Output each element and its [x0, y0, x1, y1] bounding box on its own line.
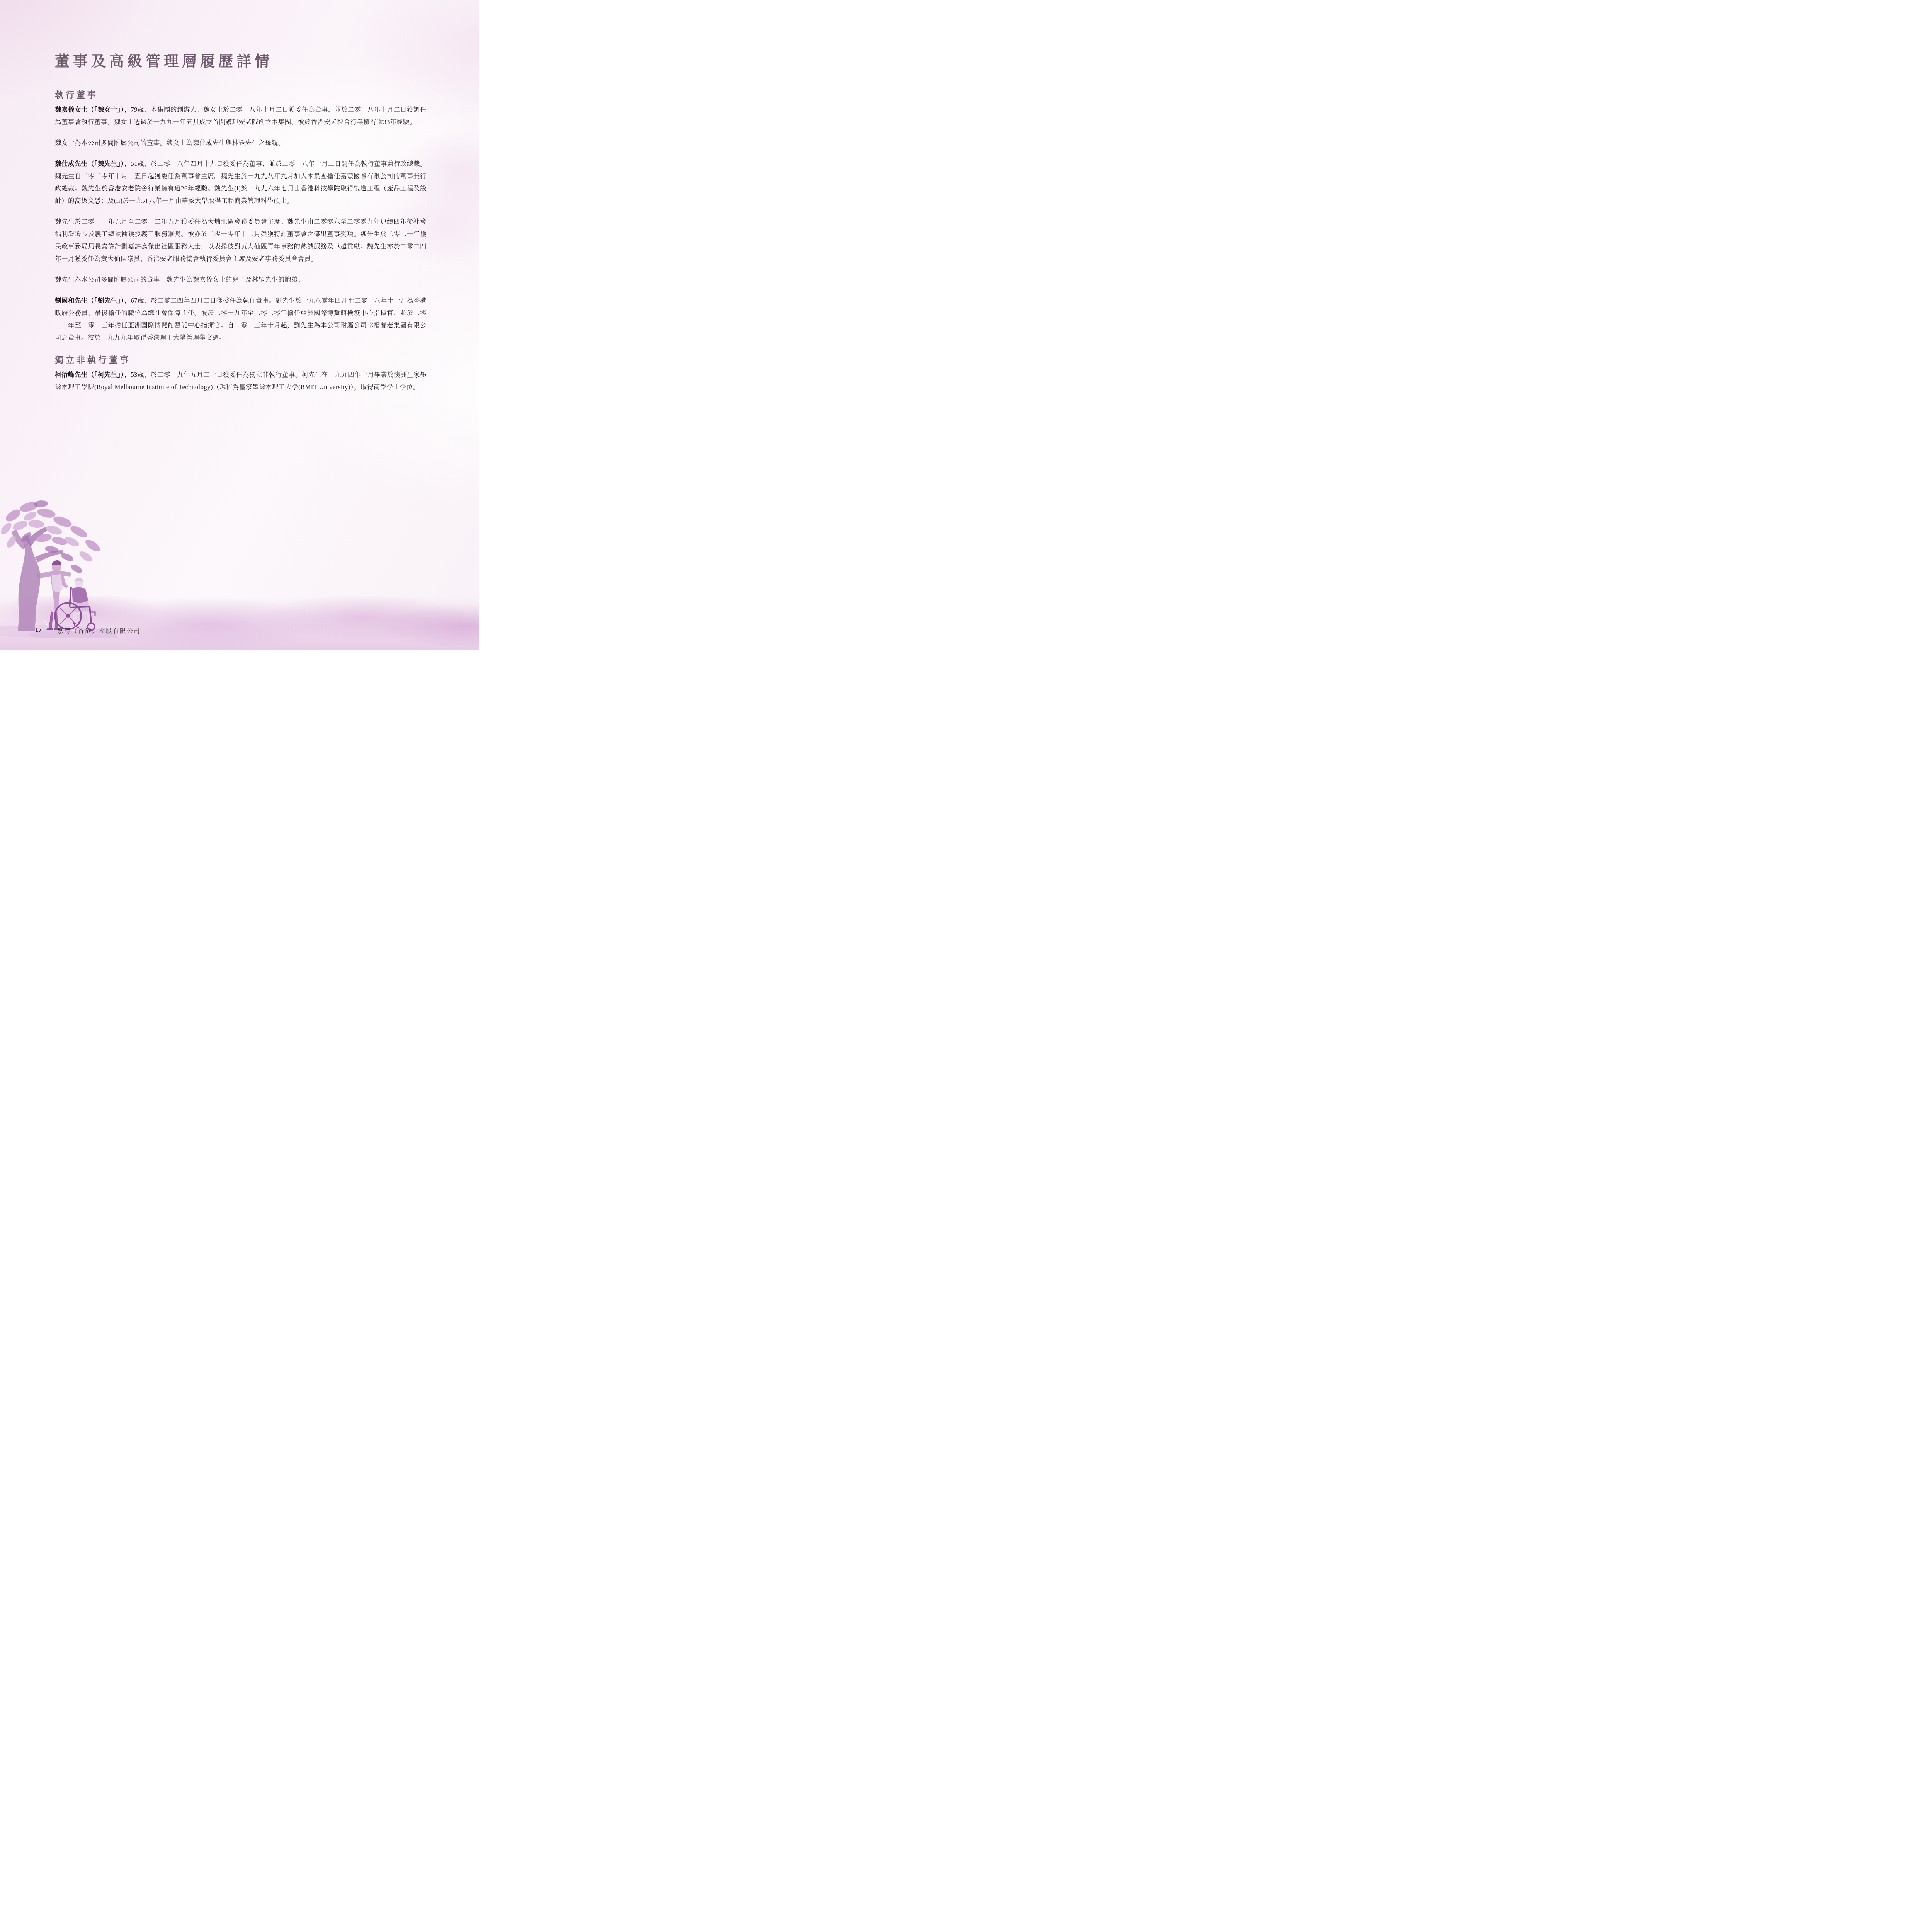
- company-name: 嘉濤（香港）控股有限公司: [57, 626, 141, 635]
- person-name: 魏仕成先生（「魏先生」）: [55, 160, 124, 167]
- bio-paragraph: 魏仕成先生（「魏先生」），51歲，於二零一八年四月十九日獲委任為董事，並於二零一…: [55, 158, 427, 207]
- bio-paragraph: 柯衍峰先生（「柯先生」），53歲，於二零一九年五月二十日獲委任為獨立非執行董事。…: [55, 369, 427, 393]
- content: 執行董事魏嘉儀女士（「魏女士」），79歲，本集團的創辦人。魏女士於二零一八年十月…: [55, 90, 427, 402]
- page-footer: 17 嘉濤（香港）控股有限公司: [0, 626, 479, 641]
- page-title: 董事及高級管理層履歷詳情: [55, 49, 273, 70]
- report-page: 董事及高級管理層履歷詳情 執行董事魏嘉儀女士（「魏女士」），79歲，本集團的創辦…: [0, 0, 479, 650]
- bio-paragraph: 劉國和先生（「劉先生」），67歲，於二零二四年四月二日獲委任為執行董事。劉先生於…: [55, 294, 427, 344]
- person-name: 魏嘉儀女士（「魏女士」）: [55, 106, 124, 113]
- bio-paragraph: 魏女士為本公司多間附屬公司的董事。魏女士為魏仕成先生與林罡先生之母親。: [55, 137, 427, 149]
- page-number: 17: [35, 626, 42, 634]
- caregiver-wheelchair-tree-illustration: [0, 492, 117, 638]
- section-heading: 執行董事: [55, 90, 427, 100]
- person-name: 柯衍峰先生（「柯先生」）: [55, 371, 124, 378]
- person-name: 劉國和先生（「劉先生」）: [55, 297, 124, 304]
- bio-paragraph: 魏先生為本公司多間附屬公司的董事。魏先生為魏嘉儀女士的兒子及林罡先生的胞弟。: [55, 274, 427, 286]
- section-heading: 獨立非執行董事: [55, 355, 427, 366]
- bio-paragraph: 魏先生於二零一一年五月至二零一二年五月獲委任為大埔北區會務委員會主席。魏先生由二…: [55, 216, 427, 265]
- bio-paragraph: 魏嘉儀女士（「魏女士」），79歲，本集團的創辦人。魏女士於二零一八年十月二日獲委…: [55, 104, 427, 128]
